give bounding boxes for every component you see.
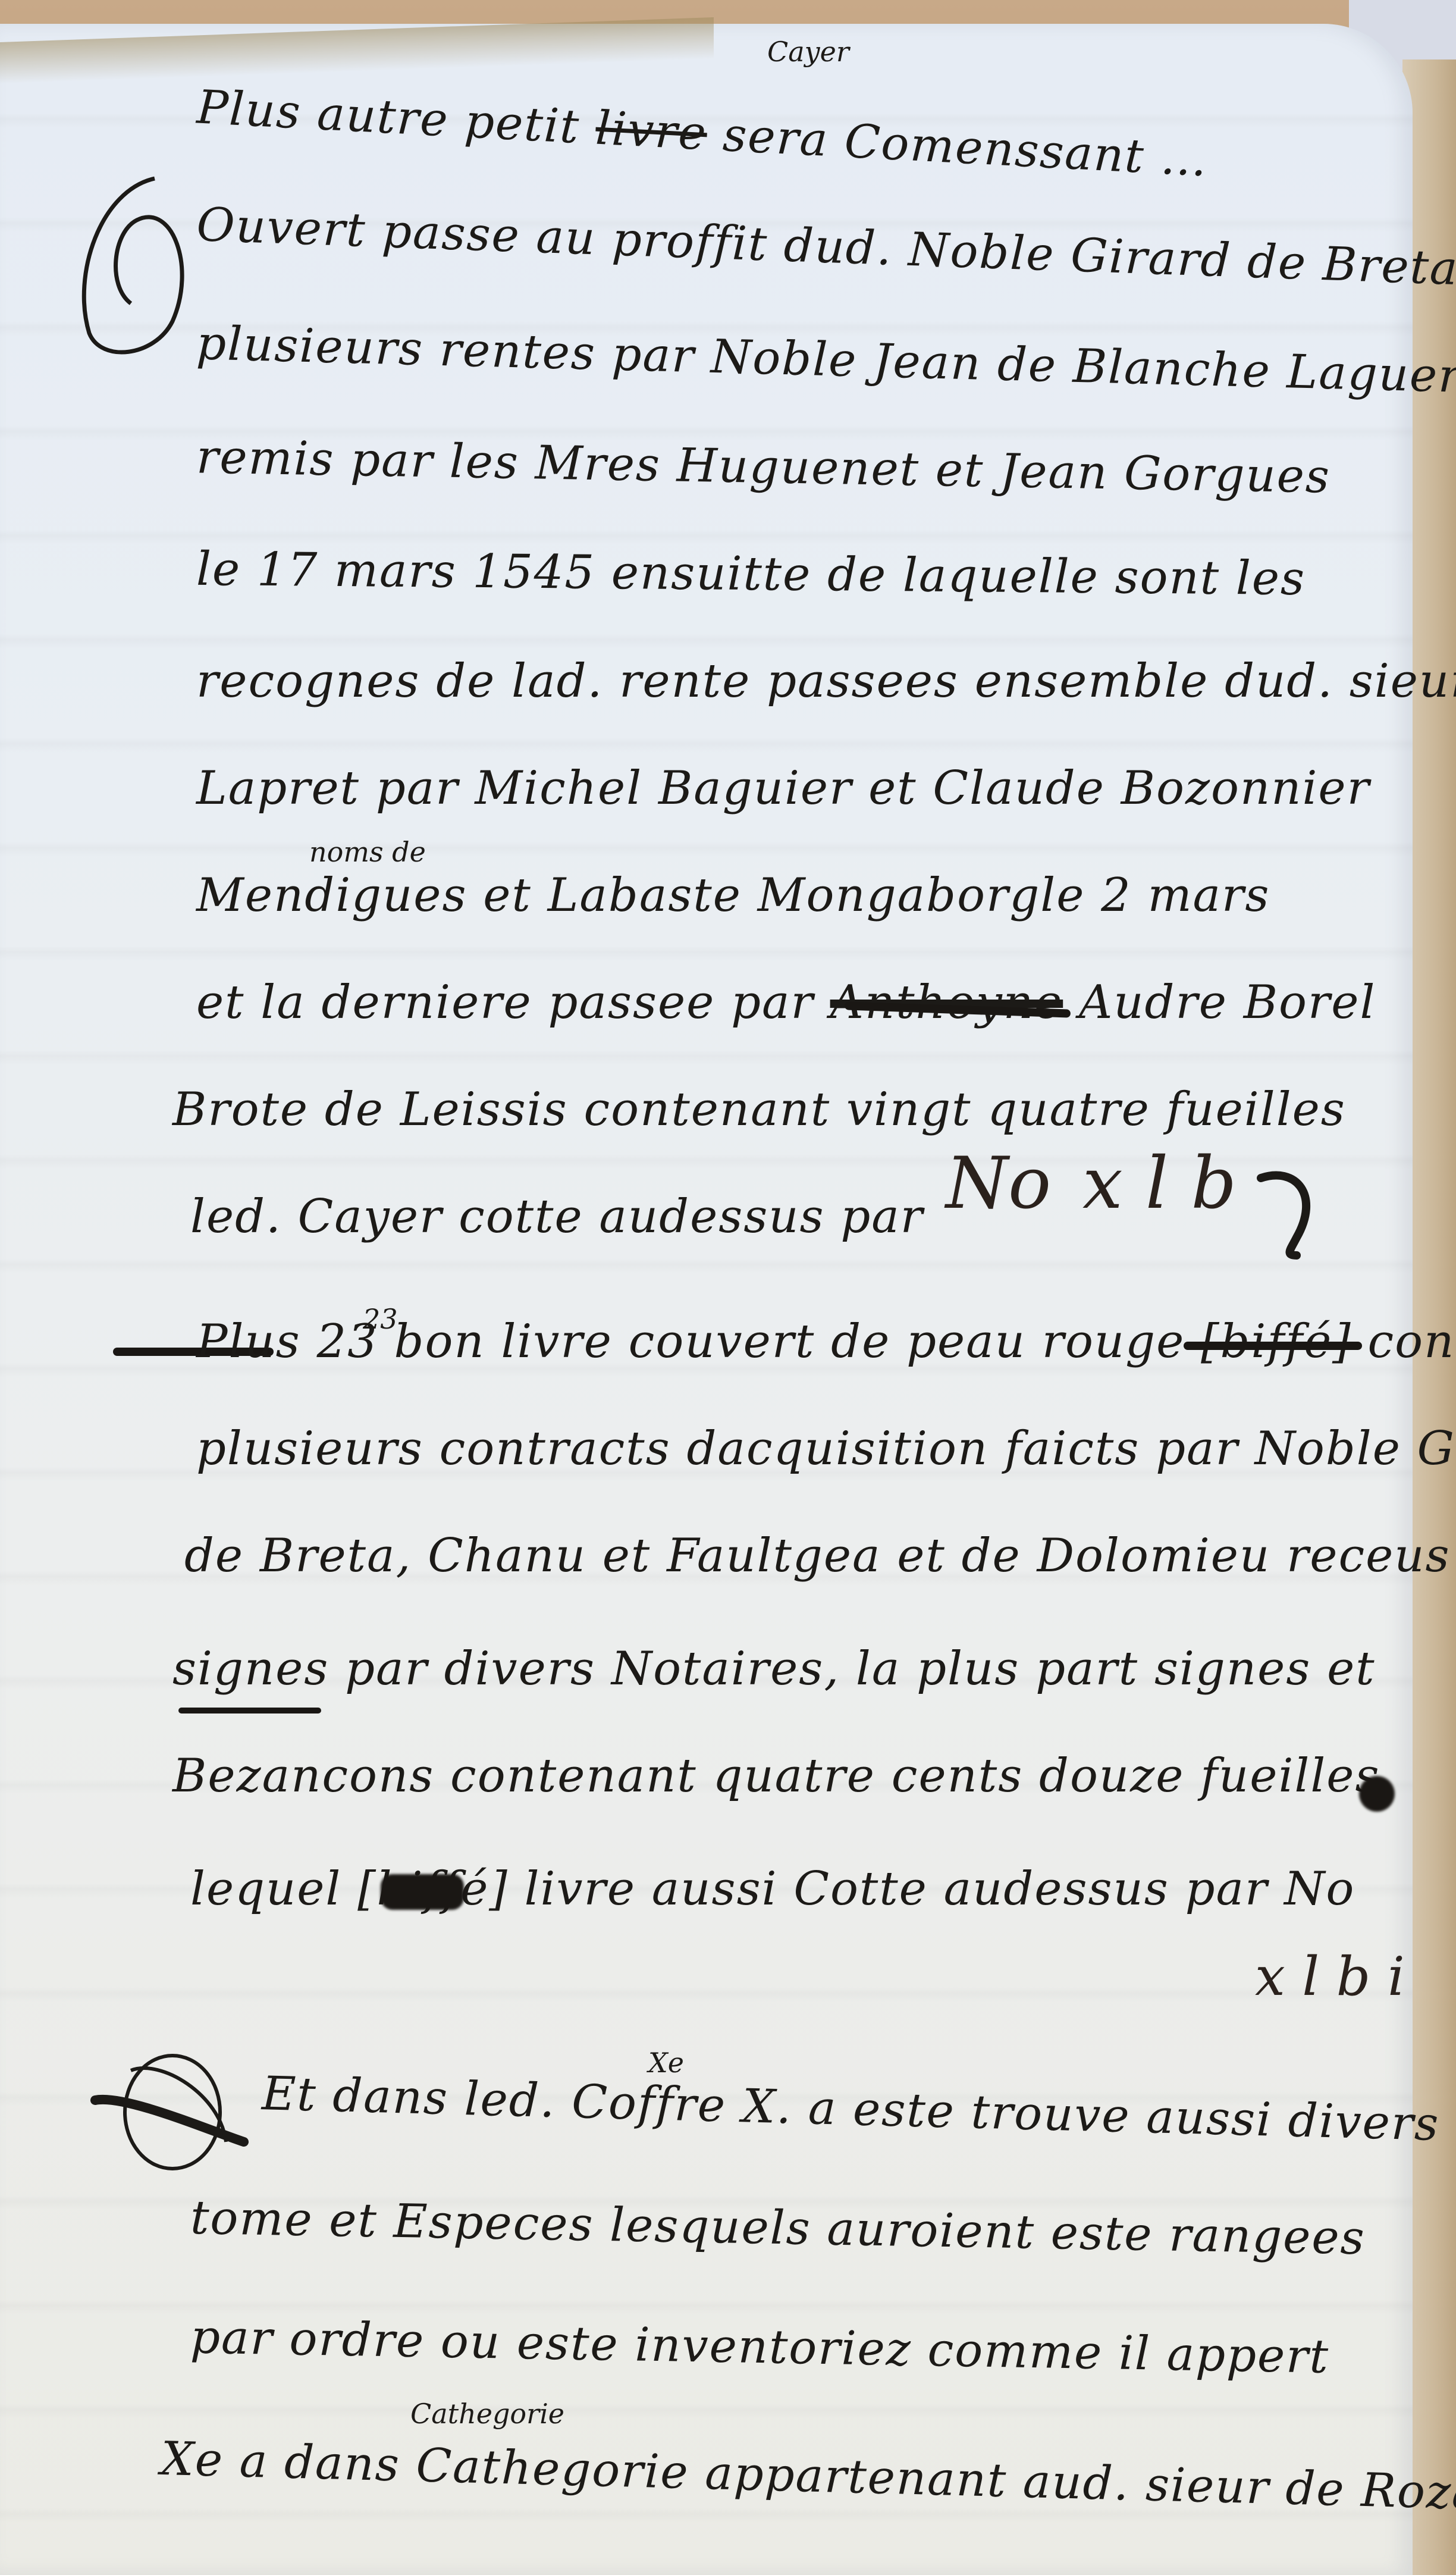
text-line-20: par ordre ou este inventoriez comme il a… bbox=[190, 2310, 1329, 2383]
manuscript-page: Cayer Plus autre petit livre sera Comens… bbox=[0, 24, 1413, 2575]
text-line-2: Ouvert passe au proffit dud. Noble Girar… bbox=[196, 198, 1456, 296]
text-line-19: tome et Especes lesquels auroient este r… bbox=[190, 2191, 1366, 2265]
text-line-11: led. Cayer cotte audessus par bbox=[190, 1190, 924, 1243]
text-line-9: et la derniere passee par Anthoyne Audre… bbox=[196, 976, 1376, 1029]
interlinear-insertion: Cathegorie bbox=[410, 2398, 564, 2430]
cote-number: x l b bbox=[1082, 1142, 1237, 1225]
text-line-17: lequel [biffé] livre aussi Cotte audessu… bbox=[190, 1862, 1355, 1916]
text-line-5: le 17 mars 1545 ensuitte de laquelle son… bbox=[196, 543, 1306, 606]
cancelled-initial-flourish-icon bbox=[89, 2047, 268, 2178]
text-line-13: plusieurs contracts dacquisition faicts … bbox=[196, 1422, 1456, 1476]
text-line-4: remis par les Mres Huguenet et Jean Gorg… bbox=[196, 430, 1331, 503]
text-line-18: Et dans led. Coffre X. a este trouve aus… bbox=[261, 2067, 1440, 2151]
cote-number-prefix: No bbox=[946, 1142, 1051, 1225]
text-line-14: de Breta, Chanu et Faultgea et de Dolomi… bbox=[184, 1529, 1451, 1583]
text-line-15: signes par divers Notaires, la plus part… bbox=[172, 1642, 1376, 1696]
coffre-superscript: Xe bbox=[648, 2047, 684, 2079]
interlinear-insertion: Cayer bbox=[767, 36, 849, 68]
text-line-1: Plus autre petit livre sera Comenssant … bbox=[196, 81, 1210, 187]
cote-number: x l b i bbox=[1255, 1946, 1405, 2008]
text-line-3: plusieurs rentes par Noble Jean de Blanc… bbox=[196, 317, 1456, 403]
text-line-7: Lapret par Michel Baguier et Claude Bozo… bbox=[196, 762, 1370, 815]
manuscript-text: Cayer Plus autre petit livre sera Comens… bbox=[0, 24, 1413, 2575]
strikethrough-mark bbox=[1184, 1342, 1362, 1350]
ink-blot bbox=[381, 1874, 464, 1910]
ink-blot bbox=[1359, 1776, 1395, 1812]
text-line-16: Bezancons contenant quatre cents douze f… bbox=[172, 1749, 1380, 1803]
text-line-10: Brote de Leissis contenant vingt quatre … bbox=[172, 1083, 1346, 1136]
text-line-6: recognes de lad. rente passees ensemble … bbox=[196, 654, 1456, 708]
interlinear-insertion: noms de bbox=[309, 836, 426, 868]
text-line-21: Xe a dans Cathegorie appartenant aud. si… bbox=[160, 2432, 1456, 2524]
strikethrough-mark bbox=[178, 1708, 321, 1713]
closing-bracket-flourish-icon bbox=[1255, 1160, 1326, 1261]
text-line-8: Mendigues et Labaste Mongaborgle 2 mars bbox=[196, 869, 1270, 922]
